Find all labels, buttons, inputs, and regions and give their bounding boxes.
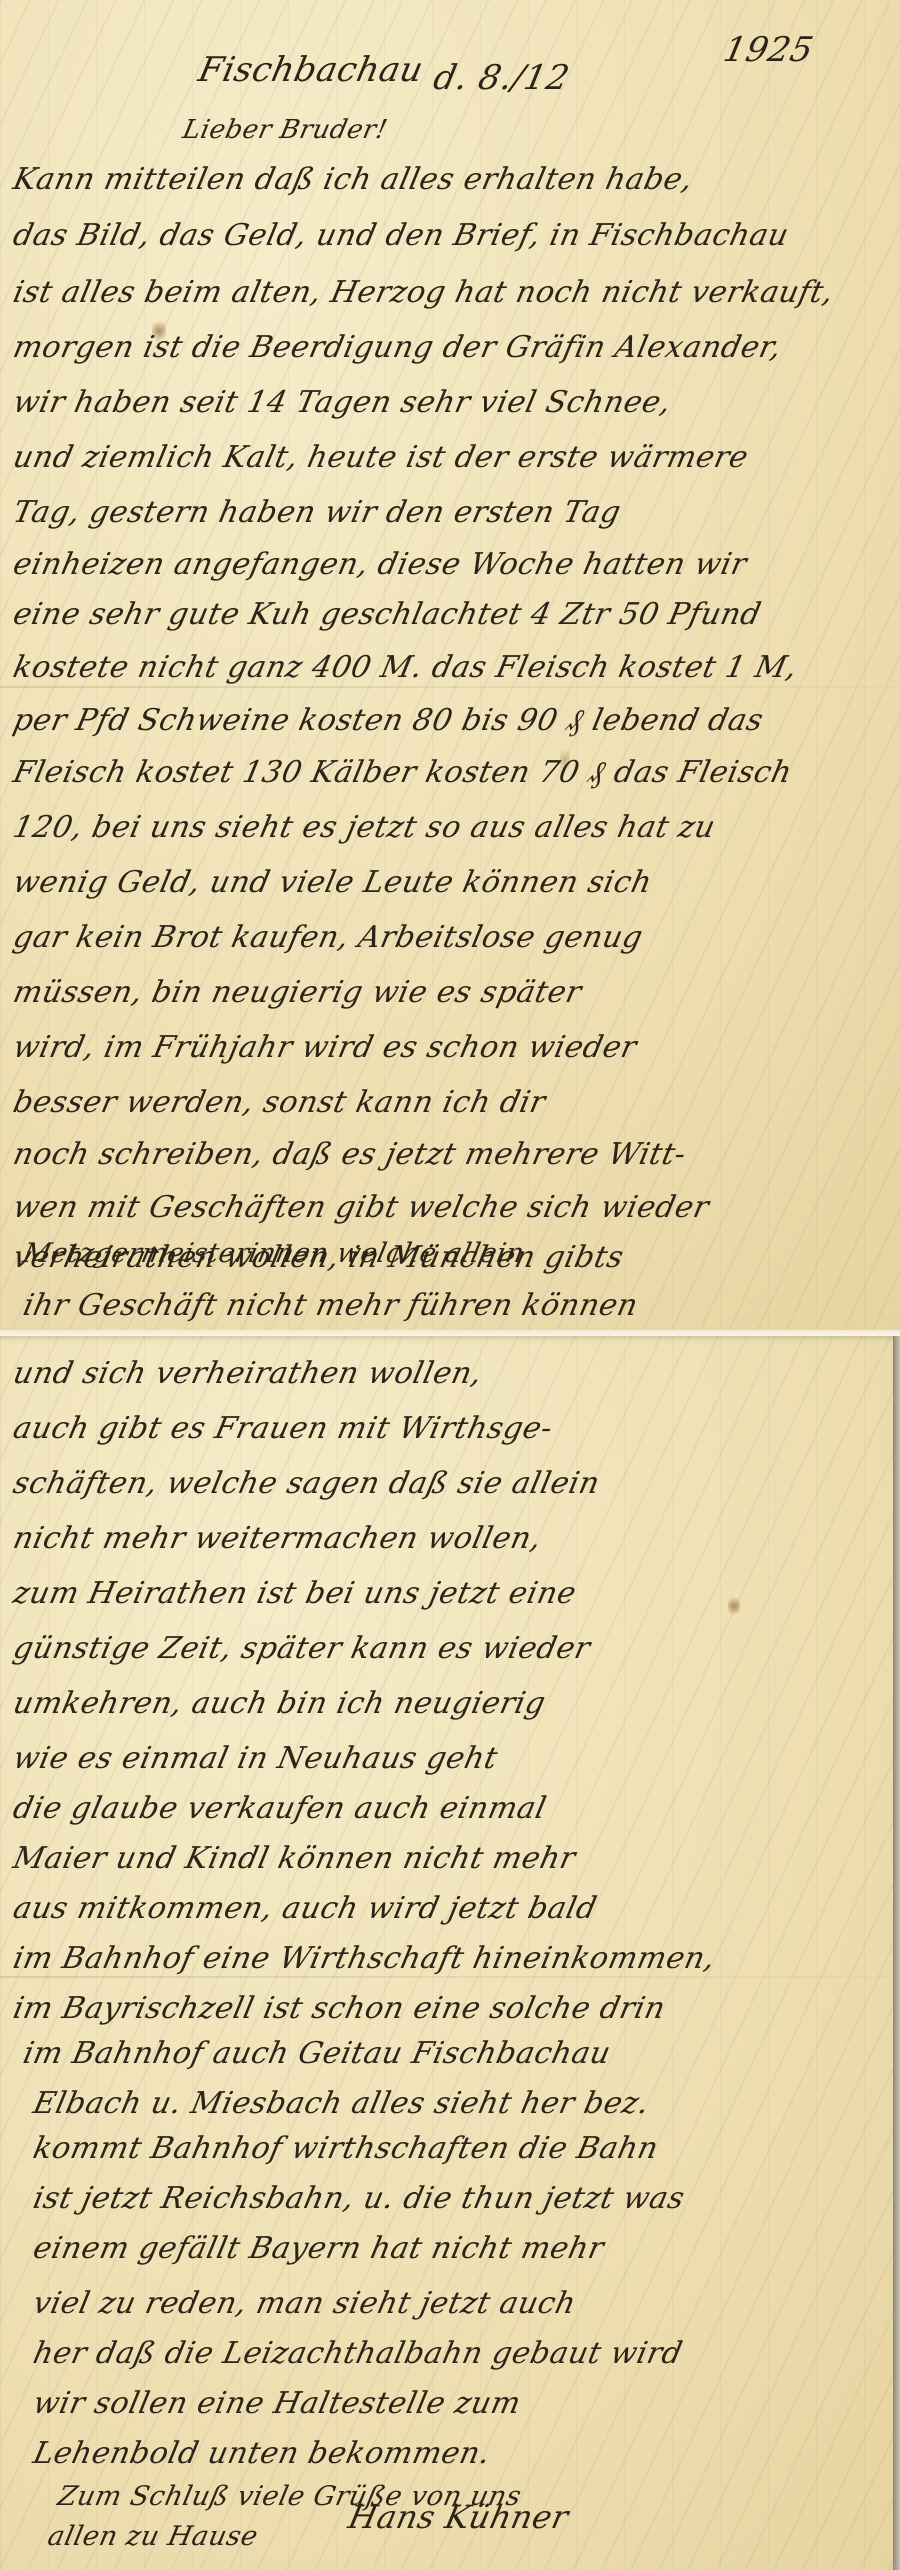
text-line: im Bayrischzell ist schon eine solche dr… (10, 1991, 669, 2026)
text-line: ist jetzt Reichsbahn, u. die thun jetzt … (30, 2181, 688, 2216)
text-line: wird, im Frühjahr wird es schon wieder (10, 1030, 640, 1065)
text-line: die glaube verkaufen auch einmal (10, 1791, 550, 1826)
text-line: aus mitkommen, auch wird jetzt bald (10, 1891, 600, 1926)
text-line: ist alles beim alten, Herzog hat noch ni… (10, 275, 837, 310)
text-line: per Pfd Schweine kosten 80 bis 90 ₰ lebe… (10, 703, 766, 738)
text-line: nicht mehr weitermachen wollen, (10, 1521, 545, 1556)
text-line: und ziemlich Kalt, heute ist der erste w… (10, 440, 752, 475)
salutation: Lieber Bruder! (180, 115, 390, 145)
text-line: wenig Geld, und viele Leute können sich (10, 865, 655, 900)
letter-page-1: Fischbachau d. 8./12 1925 Lieber Bruder!… (0, 0, 900, 1336)
page-edge-shadow (893, 1336, 900, 2570)
text-line: zum Heirathen ist bei uns jetzt eine (10, 1576, 579, 1611)
signature: Hans Kühner (345, 2498, 572, 2536)
text-line: Lehenbold unten bekommen. (30, 2436, 494, 2471)
text-line: einem gefällt Bayern hat nicht mehr (30, 2231, 607, 2266)
text-line: wir haben seit 14 Tagen sehr viel Schnee… (10, 385, 674, 420)
closing-line: allen zu Hause (45, 2521, 261, 2552)
letter-date: d. 8./12 (430, 58, 573, 98)
ink-stain (728, 1594, 740, 1618)
paper-fold-line (0, 686, 900, 688)
text-line: günstige Zeit, später kann es wieder (10, 1631, 594, 1666)
text-line: morgen ist die Beerdigung der Gräfin Ale… (10, 330, 785, 365)
text-line: im Bahnhof auch Geitau Fischbachau (20, 2036, 614, 2071)
text-line: und sich verheirathen wollen, (10, 1356, 485, 1391)
text-line: eine sehr gute Kuh geschlachtet 4 Ztr 50… (10, 597, 764, 632)
text-line: einheizen angefangen, diese Woche hatten… (10, 547, 750, 582)
text-line: Metzgermeisterinnen welche allein (20, 1238, 527, 1269)
text-line: her daß die Leizachthalbahn gebaut wird (30, 2336, 686, 2371)
text-line: im Bahnhof eine Wirthschaft hineinkommen… (10, 1941, 718, 1976)
text-line: Kann mitteilen daß ich alles erhalten ha… (10, 162, 696, 197)
text-line: umkehren, auch bin ich neugierig (10, 1686, 549, 1721)
text-line: kostete nicht ganz 400 M. das Fleisch ko… (10, 650, 800, 685)
text-line: viel zu reden, man sieht jetzt auch (30, 2286, 579, 2321)
text-line: Tag, gestern haben wir den ersten Tag (10, 495, 624, 530)
text-line: kommt Bahnhof wirthschaften die Bahn (30, 2131, 662, 2166)
text-line: Elbach u. Miesbach alles sieht her bez. (30, 2086, 652, 2121)
text-line: das Bild, das Geld, und den Brief, in Fi… (10, 218, 792, 253)
text-line: Fleisch kostet 130 Kälber kosten 70 ₰ da… (10, 755, 795, 790)
text-line: wir sollen eine Haltestelle zum (30, 2386, 524, 2421)
text-line: auch gibt es Frauen mit Wirthsge- (10, 1411, 556, 1446)
letter-page-2: und sich verheirathen wollen, auch gibt … (0, 1336, 896, 2570)
text-line: schäften, welche sagen daß sie allein (10, 1466, 603, 1501)
text-line: noch schreiben, daß es jetzt mehrere Wit… (10, 1137, 689, 1172)
text-line: müssen, bin neugierig wie es später (10, 975, 585, 1010)
letter-place: Fischbachau (195, 50, 427, 90)
text-line: besser werden, sonst kann ich dir (10, 1085, 549, 1120)
text-line: Maier und Kindl können nicht mehr (10, 1841, 579, 1876)
text-line: wie es einmal in Neuhaus geht (10, 1741, 501, 1776)
text-line: gar kein Brot kaufen, Arbeitslose genug (10, 920, 646, 955)
text-line: wen mit Geschäften gibt welche sich wied… (10, 1190, 712, 1225)
paper-fold-line (0, 1976, 893, 1978)
letter-year: 1925 (720, 30, 817, 70)
text-line: ihr Geschäft nicht mehr führen können (20, 1288, 641, 1323)
text-line: 120, bei uns sieht es jetzt so aus alles… (10, 810, 719, 845)
